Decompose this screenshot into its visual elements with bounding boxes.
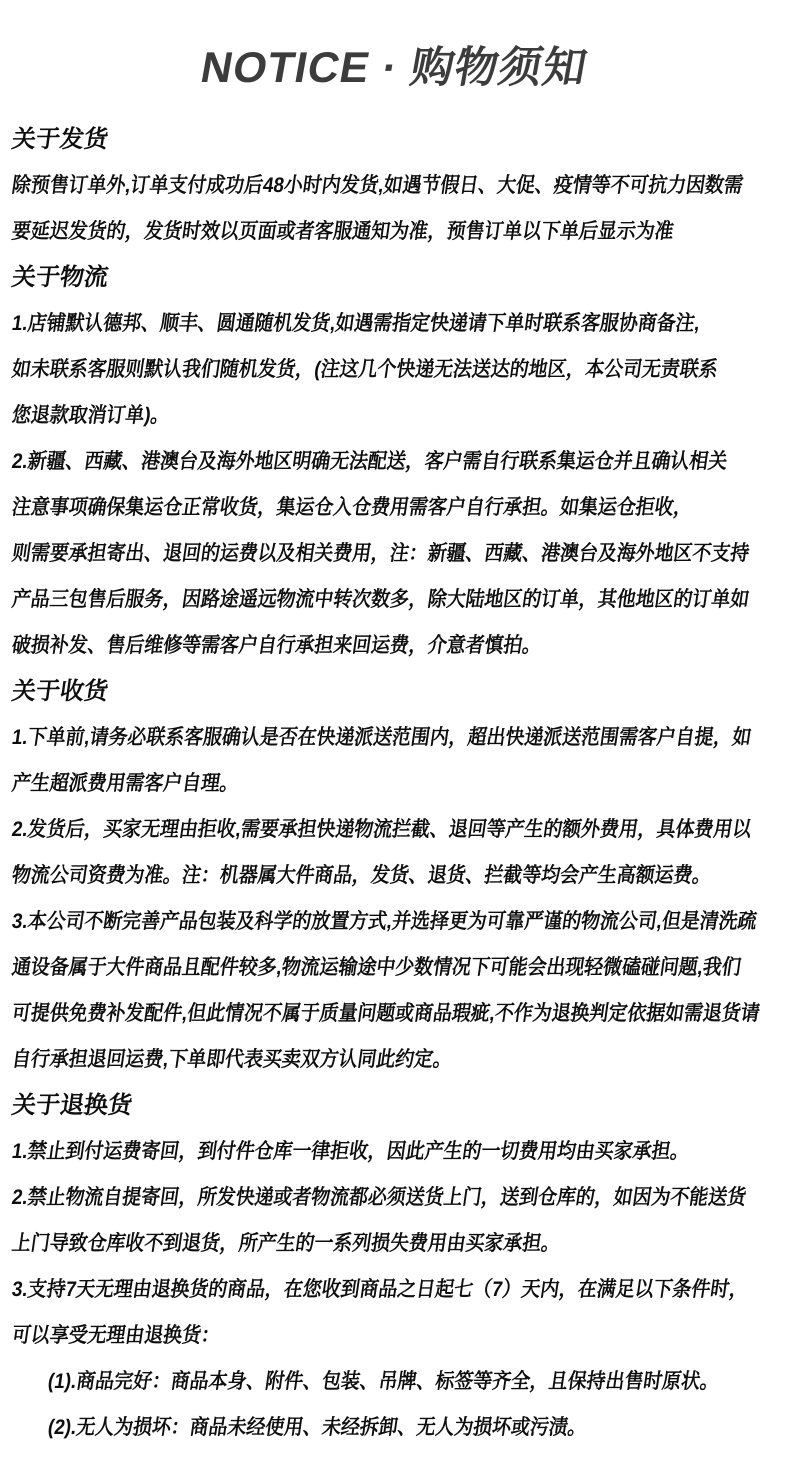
sub-item-body: 商品未经使用、未经拆卸、无人为损坏或污渍。: [188, 1416, 588, 1439]
paragraph-line: 上门导致仓库收不到退货，所产生的一系列损失费用由买家承担。: [12, 1221, 784, 1267]
paragraph-line: 2.禁止物流自提寄回，所发快递或者物流都必须送货上门，送到仓库的，如因为不能送货: [12, 1175, 784, 1221]
paragraph-line: 1.下单前,请务必联系客服确认是否在快递派送范围内，超出快递派送范围需客户自提，…: [12, 715, 784, 761]
section-returns: 关于退换货 1.禁止到付运费寄回，到付件仓库一律拒收，因此产生的一切费用均由买家…: [12, 1083, 784, 1451]
sub-item-label: 无人为损坏：: [75, 1416, 192, 1439]
paragraph-line: 3.支持7天无理由退换货的商品，在您收到商品之日起七（7）天内，在满足以下条件时…: [12, 1267, 784, 1313]
section-receiving: 关于收货 1.下单前,请务必联系客服确认是否在快递派送范围内，超出快递派送范围需…: [12, 669, 784, 1083]
sub-item-body: 商品本身、附件、包装、吊牌、标签等齐全，且保持出售时原状。: [169, 1370, 720, 1393]
paragraph-line: 可提供免费补发配件,但此情况不属于质量问题或商品瑕疵,不作为退换判定依据如需退货…: [12, 991, 784, 1037]
paragraph-line: 您退款取消订单)。: [12, 393, 784, 439]
section-heading-text: 关于收货: [9, 669, 111, 715]
paragraph-line: 通设备属于大件商品且配件较多,物流运输途中少数情况下可能会出现轻微磕碰问题,我们: [12, 945, 784, 991]
line-text: 可以享受无理由退换货：: [9, 1313, 223, 1359]
line-text: 您退款取消订单)。: [9, 393, 173, 439]
line-text: 2.新疆、西藏、港澳台及海外地区明确无法配送，客户需自行联系集运仓并且确认相关: [9, 439, 731, 485]
section-heading-text: 关于发货: [9, 117, 111, 163]
line-text: 2.发货后，买家无理由拒收,需要承担快递物流拦截、退回等产生的额外费用，具体费用…: [9, 807, 755, 853]
notice-title-row: NOTICE · 购物须知: [0, 0, 790, 95]
section-heading-text: 关于物流: [9, 255, 111, 301]
paragraph-line: 则需要承担寄出、退回的运费以及相关费用，注：新疆、西藏、港澳台及海外地区不支持: [12, 531, 784, 577]
sub-item-text: (1).商品完好：商品本身、附件、包装、吊牌、标签等齐全，且保持出售时原状。: [45, 1359, 722, 1405]
paragraph-line: 产生超派费用需客户自理。: [12, 761, 784, 807]
paragraph-line: 1.禁止到付运费寄回，到付件仓库一律拒收，因此产生的一切费用均由买家承担。: [12, 1129, 784, 1175]
section-logistics: 关于物流 1.店铺默认德邦、顺丰、圆通随机发货,如遇需指定快递请下单时联系客服协…: [12, 255, 784, 669]
paragraph-line: 2.发货后，买家无理由拒收,需要承担快递物流拦截、退回等产生的额外费用，具体费用…: [12, 807, 784, 853]
line-text: 注意事项确保集运仓正常收货，集运仓入仓费用需客户自行承担。如集运仓拒收，: [9, 485, 696, 531]
section-heading-text: 关于退换货: [9, 1083, 135, 1129]
line-text: 产生超派费用需客户自理。: [9, 761, 242, 807]
paragraph-line: 产品三包售后服务，因路途遥远物流中转次数多，除大陆地区的订单，其他地区的订单如: [12, 577, 784, 623]
page-title: NOTICE · 购物须知: [197, 34, 593, 95]
paragraph-line: 破损补发、售后维修等需客户自行承担来回运费，介意者慎拍。: [12, 623, 784, 669]
line-text: 产品三包售后服务，因路途遥远物流中转次数多，除大陆地区的订单，其他地区的订单如: [9, 577, 753, 623]
line-text: 则需要承担寄出、退回的运费以及相关费用，注：新疆、西藏、港澳台及海外地区不支持: [9, 531, 753, 577]
line-text: 物流公司资费为准。注：机器属大件商品，发货、退货、拦截等均会产生高额运费。: [9, 853, 715, 899]
paragraph-line: 3.本公司不断完善产品包装及科学的放置方式,并选择更为可靠严谨的物流公司,但是清…: [12, 899, 784, 945]
section-heading-shipping: 关于发货: [12, 117, 784, 163]
section-heading-logistics: 关于物流: [12, 255, 784, 301]
paragraph-line: 可以享受无理由退换货：: [12, 1313, 784, 1359]
line-text: 自行承担退回运费,下单即代表买卖双方认同此约定。: [9, 1037, 455, 1083]
paragraph-line: 物流公司资费为准。注：机器属大件商品，发货、退货、拦截等均会产生高额运费。: [12, 853, 784, 899]
line-text: 通设备属于大件商品且配件较多,物流运输途中少数情况下可能会出现轻微磕碰问题,我们: [9, 945, 744, 991]
paragraph-line: 自行承担退回运费,下单即代表买卖双方认同此约定。: [12, 1037, 784, 1083]
line-text: 除预售订单外,订单支付成功后48小时内发货,如遇节假日、大促、疫情等不可抗力因数…: [9, 163, 746, 209]
paragraph-line: 要延迟发货的，发货时效以页面或者客服通知为准，预售订单以下单后显示为准: [12, 209, 784, 255]
notice-body: 关于发货 除预售订单外,订单支付成功后48小时内发货,如遇节假日、大促、疫情等不…: [0, 117, 790, 1451]
line-text: 1.下单前,请务必联系客服确认是否在快递派送范围内，超出快递派送范围需客户自提，…: [9, 715, 755, 761]
line-text: 破损补发、售后维修等需客户自行承担来回运费，介意者慎拍。: [9, 623, 545, 669]
line-text: 如未联系客服则默认我们随机发货，(注这几个快递无法送达的地区，本公司无责联系: [9, 347, 721, 393]
sub-item-text: (2).无人为损坏：商品未经使用、未经拆卸、无人为损坏或污渍。: [45, 1405, 590, 1451]
paragraph-line: 如未联系客服则默认我们随机发货，(注这几个快递无法送达的地区，本公司无责联系: [12, 347, 784, 393]
paragraph-line: 2.新疆、西藏、港澳台及海外地区明确无法配送，客户需自行联系集运仓并且确认相关: [12, 439, 784, 485]
section-heading-returns: 关于退换货: [12, 1083, 784, 1129]
section-heading-receiving: 关于收货: [12, 669, 784, 715]
line-text: 要延迟发货的，发货时效以页面或者客服通知为准，预售订单以下单后显示为准: [9, 209, 677, 255]
line-text: 上门导致仓库收不到退货，所产生的一系列损失费用由买家承担。: [9, 1221, 564, 1267]
line-text: 3.本公司不断完善产品包装及科学的放置方式,并选择更为可靠严谨的物流公司,但是清…: [9, 899, 760, 945]
line-text: 2.禁止物流自提寄回，所发快递或者物流都必须送货上门，送到仓库的，如因为不能送货: [9, 1175, 749, 1221]
line-text: 1.禁止到付运费寄回，到付件仓库一律拒收，因此产生的一切费用均由买家承担。: [9, 1129, 693, 1175]
sub-item-condition-2: (2).无人为损坏：商品未经使用、未经拆卸、无人为损坏或污渍。: [12, 1405, 784, 1451]
line-text: 可提供免费补发配件,但此情况不属于质量问题或商品瑕疵,不作为退换判定依据如需退货…: [9, 991, 763, 1037]
line-text: 3.支持7天无理由退换货的商品，在您收到商品之日起七（7）天内，在满足以下条件时…: [9, 1267, 752, 1313]
paragraph-line: 注意事项确保集运仓正常收货，集运仓入仓费用需客户自行承担。如集运仓拒收，: [12, 485, 784, 531]
paragraph-line: 除预售订单外,订单支付成功后48小时内发货,如遇节假日、大促、疫情等不可抗力因数…: [12, 163, 784, 209]
sub-item-prefix: (2).: [46, 1416, 78, 1439]
sub-item-condition-1: (1).商品完好：商品本身、附件、包装、吊牌、标签等齐全，且保持出售时原状。: [12, 1359, 784, 1405]
section-shipping: 关于发货 除预售订单外,订单支付成功后48小时内发货,如遇节假日、大促、疫情等不…: [12, 117, 784, 255]
sub-item-label: 商品完好：: [75, 1370, 173, 1393]
paragraph-line: 1.店铺默认德邦、顺丰、圆通随机发货,如遇需指定快递请下单时联系客服协商备注,: [12, 301, 784, 347]
sub-item-prefix: (1).: [46, 1370, 78, 1393]
line-text: 1.店铺默认德邦、顺丰、圆通随机发货,如遇需指定快递请下单时联系客服协商备注,: [9, 301, 703, 347]
